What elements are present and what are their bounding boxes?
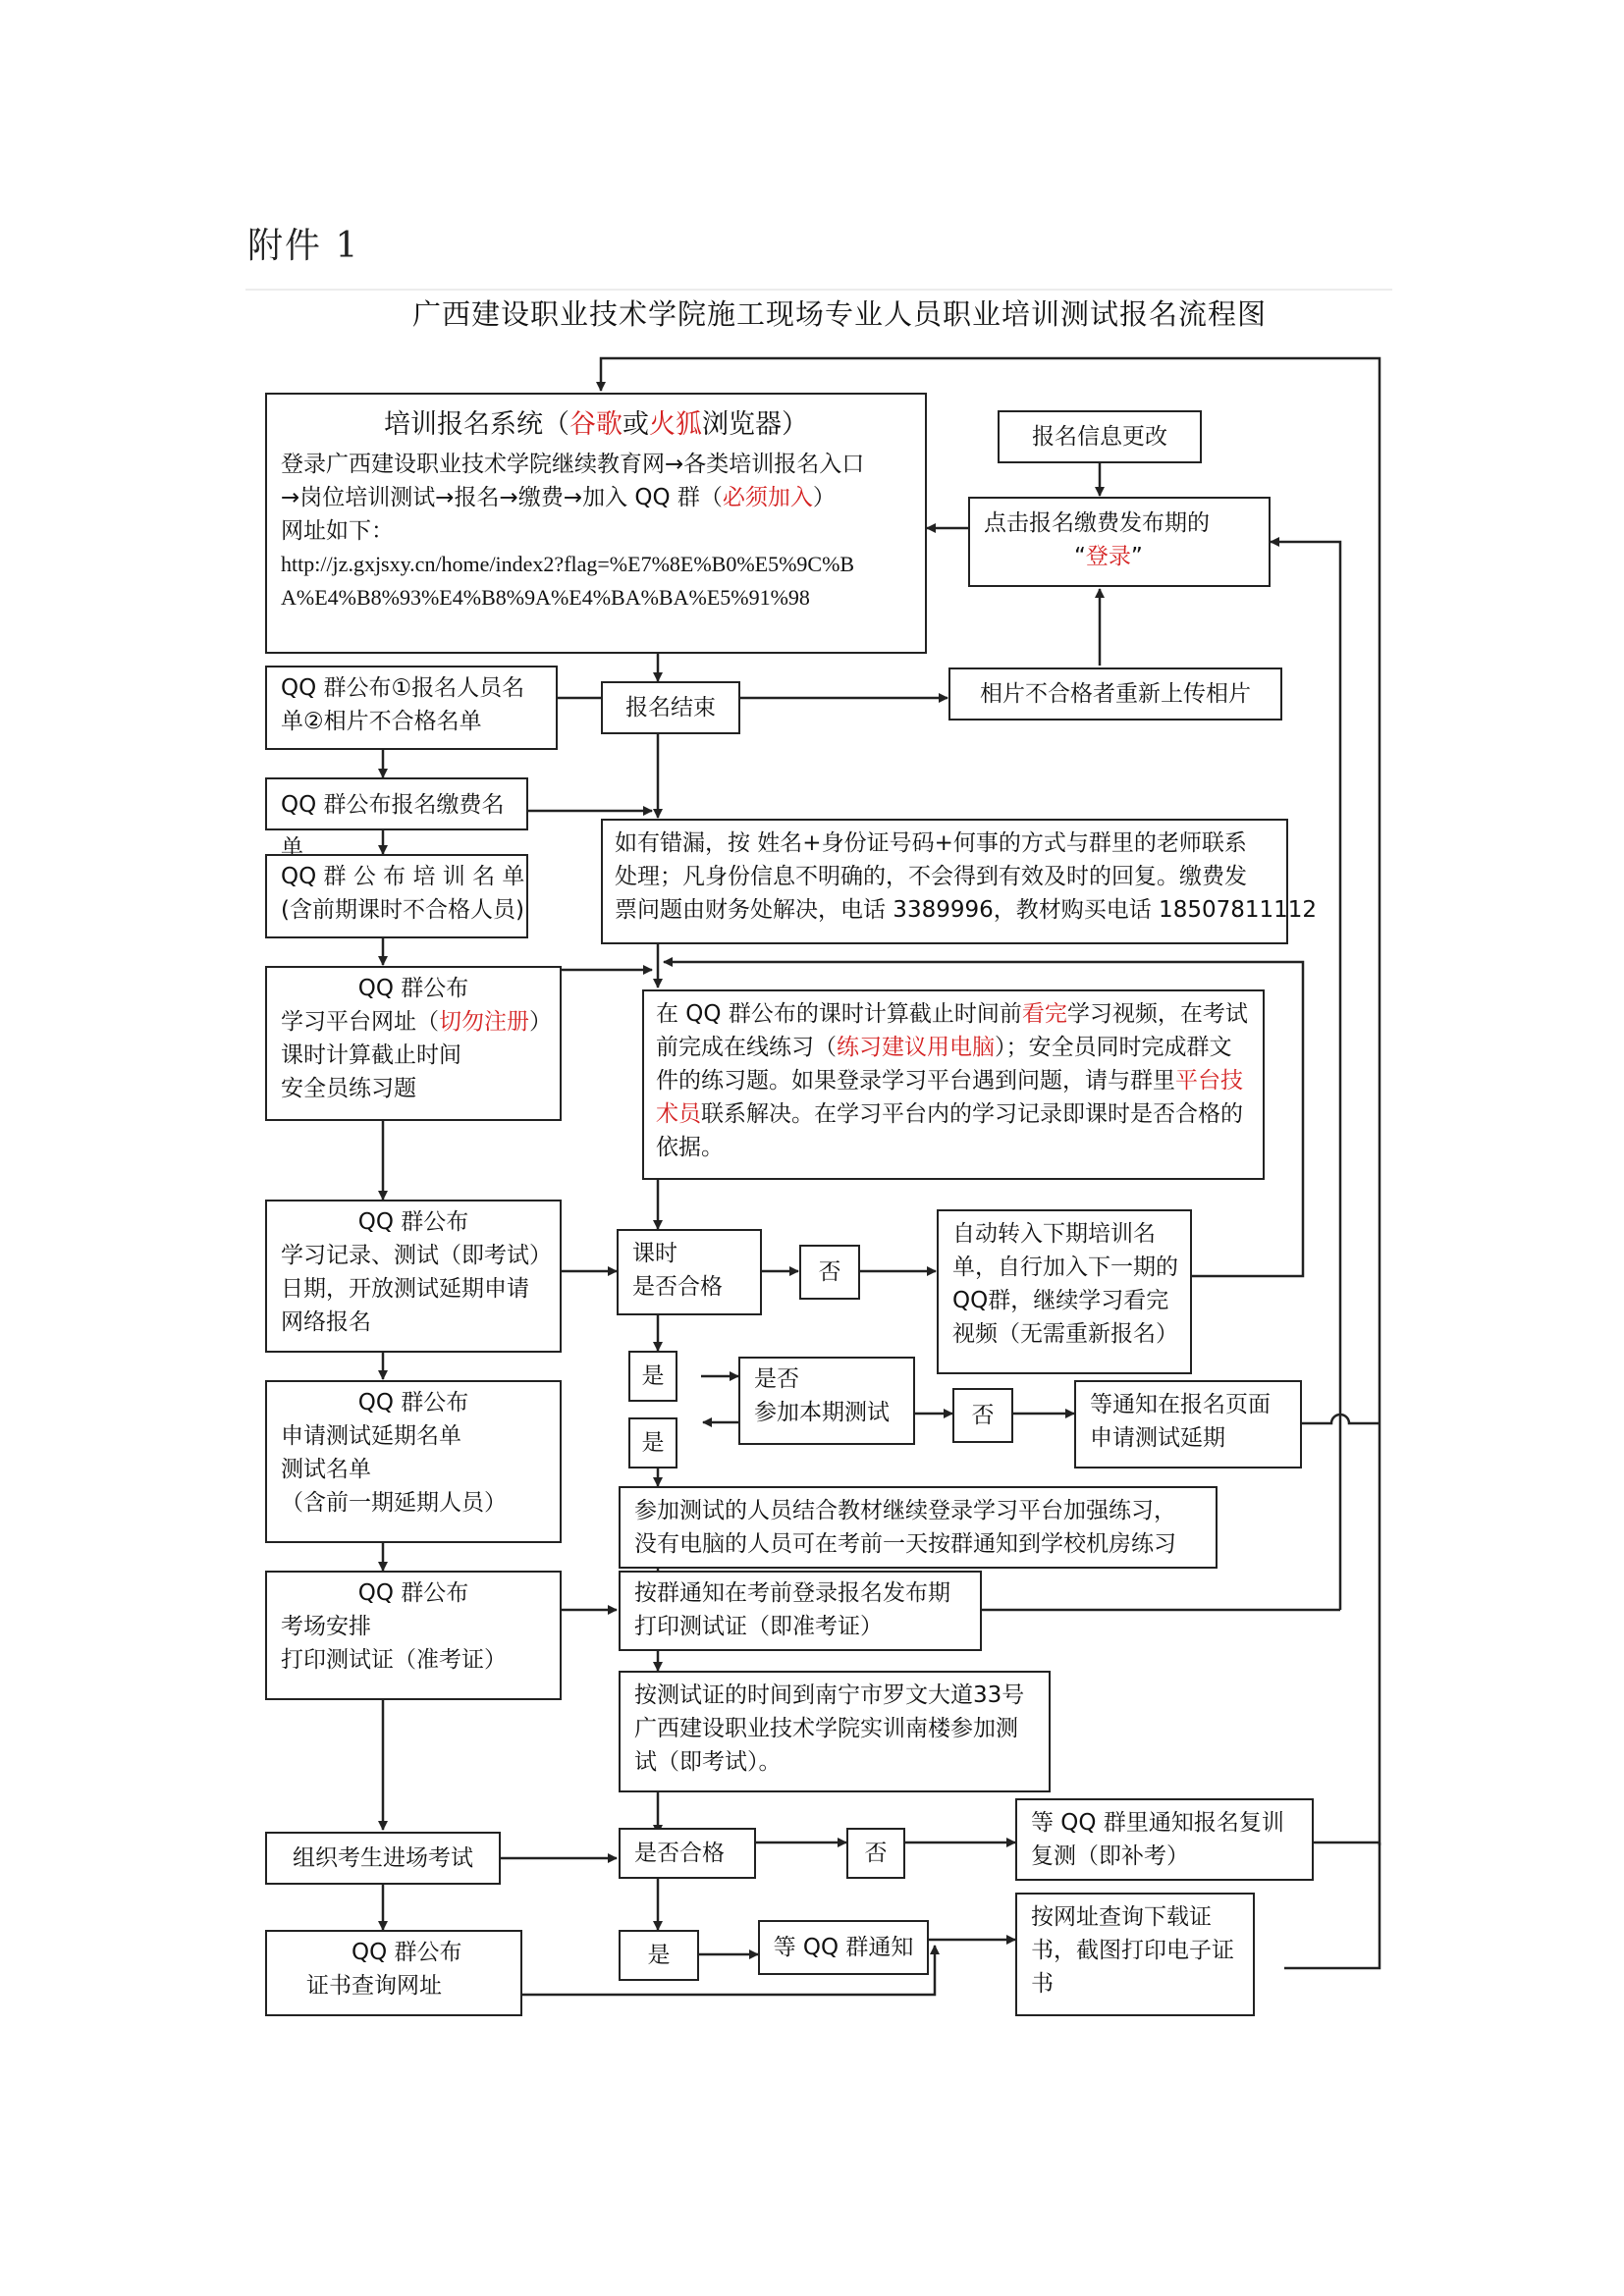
join-test-line2: 参加本期测试	[754, 1396, 899, 1429]
qq-record-box: QQ 群公布 学习记录、测试（即考试） 日期，开放测试延期申请 网络报名	[265, 1200, 562, 1353]
qq-exam-room-box: QQ 群公布 考场安排 打印测试证（准考证）	[265, 1571, 562, 1700]
qq-fee-list-label: QQ 群公布报名缴费名单	[281, 792, 505, 861]
record-line2: 学习记录、测试（即考试）	[281, 1239, 546, 1272]
platform-deadline: 课时计算截止时间	[281, 1039, 546, 1072]
practice-line2: 没有电脑的人员可在考前一天按群通知到学校机房练习	[634, 1527, 1202, 1561]
hours-pass-decision: 课时 是否合格	[617, 1229, 762, 1315]
click-login-text: 点击报名缴费发布期的	[984, 507, 1255, 540]
l3-highlight: 平台技	[1175, 1068, 1243, 1094]
study-note-line3: 件的练习题。如果登录学习平台遇到问题，请与群里平台技	[656, 1064, 1251, 1097]
l1-text: 在 QQ 群公布的课时计算截止时间前	[656, 1001, 1022, 1027]
exam-pass-label: 是否合格	[634, 1837, 725, 1870]
organize-exam-box: 组织考生进场考试	[265, 1832, 501, 1885]
exam-room-line3: 打印测试证（准考证）	[281, 1643, 546, 1677]
heading-suffix: 浏览器）	[702, 409, 808, 440]
record-line3: 日期，开放测试延期申请	[281, 1272, 546, 1306]
platform-url-suffix: ）	[529, 1009, 552, 1035]
page-title: 广西建设职业技术学院施工现场专业人员职业培训测试报名流程图	[412, 293, 1267, 333]
exam-room-line2: 考场安排	[281, 1610, 546, 1643]
registration-url-part1[interactable]: http://jz.gxjsxy.cn/home/index2?flag=%E7…	[281, 548, 911, 581]
wait-qq-box: 等 QQ 群通知	[758, 1920, 929, 1975]
download-cert-line1: 按网址查询下载证	[1031, 1900, 1239, 1934]
system-step-line1: 登录广西建设职业技术学院继续教育网→各类培训报名入口	[281, 448, 911, 481]
heading-or: 或	[623, 409, 649, 440]
login-keyword: 登录	[1086, 544, 1131, 569]
practice-line1: 参加测试的人员结合教材继续登录学习平台加强练习，	[634, 1494, 1202, 1527]
platform-safety-exercises: 安全员练习题	[281, 1072, 546, 1105]
registration-end-label: 报名结束	[625, 691, 716, 724]
cert-heading: QQ 群公布	[281, 1936, 507, 1969]
study-note-line5: 依据。	[656, 1131, 1251, 1164]
qq-delay-list-box: QQ 群公布 申请测试延期名单 测试名单 （含前一期延期人员）	[265, 1380, 562, 1543]
qq-training-list-box: QQ 群 公 布 培 训 名 单 (含前期课时不合格人员)	[265, 854, 528, 938]
delay-list-heading: QQ 群公布	[281, 1386, 546, 1419]
training-list-line1: QQ 群 公 布 培 训 名 单	[281, 860, 513, 893]
annex-label: 附件 1	[247, 218, 359, 268]
auto-next-line2: 单，自行加入下一期的	[952, 1251, 1176, 1284]
study-note-line2: 前完成在线练习（练习建议用电脑）；安全员同时完成群文	[656, 1031, 1251, 1064]
practice-box: 参加测试的人员结合教材继续登录学习平台加强练习， 没有电脑的人员可在考前一天按群…	[619, 1486, 1218, 1569]
l4-highlight: 术员	[656, 1101, 701, 1127]
no-branch-2: 否	[952, 1388, 1013, 1443]
yes-label: 是	[642, 1426, 665, 1460]
registration-system-box: 培训报名系统（谷歌或火狐浏览器） 登录广西建设职业技术学院继续教育网→各类培训报…	[265, 393, 927, 654]
registration-end-box: 报名结束	[601, 681, 740, 734]
yes-label: 是	[648, 1939, 671, 1972]
no-branch-3: 否	[846, 1828, 905, 1879]
go-exam-line3: 试（即考试）。	[634, 1745, 1035, 1779]
wait-delay-line2: 申请测试延期	[1090, 1421, 1286, 1455]
l3-text: 件的练习题。如果登录学习平台遇到问题，请与群里	[656, 1068, 1175, 1094]
error-contact-box: 如有错漏，按 姓名+身份证号码+何事的方式与群里的老师联系 处理；凡身份信息不明…	[601, 819, 1288, 944]
exam-room-heading: QQ 群公布	[281, 1576, 546, 1610]
hours-label: 课时	[632, 1237, 746, 1270]
print-ticket-box: 按群通知在考前登录报名发布期 打印测试证（即准考证）	[619, 1571, 982, 1651]
delay-list-line2: 申请测试延期名单	[281, 1419, 546, 1453]
registration-url-part2[interactable]: A%E4%B8%93%E4%B8%9A%E4%BA%BA%E5%91%98	[281, 581, 911, 614]
qq-list-line1: QQ 群公布①报名人员名	[281, 671, 542, 705]
study-note-box: 在 QQ 群公布的课时计算截止时间前看完学习视频，在考试 前完成在线练习（练习建…	[642, 989, 1265, 1180]
photo-reupload-box: 相片不合格者重新上传相片	[948, 667, 1282, 721]
training-list-line2: (含前期课时不合格人员)	[281, 893, 513, 927]
download-cert-line2: 书，截图打印电子证	[1031, 1934, 1239, 1967]
info-change-label: 报名信息更改	[1032, 420, 1167, 454]
yes-label: 是	[642, 1360, 665, 1393]
retrain-line2: 复测（即补考）	[1031, 1840, 1298, 1873]
join-test-line1: 是否	[754, 1362, 899, 1396]
qq-cert-box: QQ 群公布 证书查询网址	[265, 1930, 522, 2016]
no-branch-1: 否	[799, 1245, 860, 1300]
no-label: 否	[972, 1399, 995, 1432]
system-step-line2: →岗位培训测试→报名→缴费→加入 QQ 群（必须加入）	[281, 481, 911, 514]
join-test-decision: 是否 参加本期测试	[738, 1357, 915, 1445]
qq-list-line2: 单②相片不合格名单	[281, 705, 542, 738]
l2-highlight: 练习建议用电脑	[837, 1035, 995, 1060]
error-contact-line1: 如有错漏，按 姓名+身份证号码+何事的方式与群里的老师联系	[615, 827, 1274, 860]
platform-url-text: 学习平台网址（	[281, 1009, 439, 1035]
auto-next-line1: 自动转入下期培训名	[952, 1217, 1176, 1251]
browser-firefox: 火狐	[649, 409, 702, 440]
click-login-box: 点击报名缴费发布期的 “登录”	[968, 497, 1271, 587]
pass-question: 是否合格	[632, 1270, 746, 1304]
error-contact-line2: 处理；凡身份信息不明确的，不会得到有效及时的回复。缴费发	[615, 860, 1274, 893]
yes-branch-3: 是	[619, 1930, 699, 1981]
auto-next-period-box: 自动转入下期培训名 单，自行加入下一期的 QQ群，继续学习看完 视频（无需重新报…	[937, 1209, 1192, 1374]
no-label: 否	[819, 1255, 841, 1289]
quote-open: “	[1074, 544, 1086, 569]
yes-branch-1: 是	[628, 1351, 677, 1402]
auto-next-line4: 视频（无需重新报名）	[952, 1317, 1176, 1351]
download-cert-box: 按网址查询下载证 书，截图打印电子证 书	[1015, 1893, 1255, 2016]
delay-list-line4: （含前一期延期人员）	[281, 1486, 546, 1520]
study-note-line4: 术员联系解决。在学习平台内的学习记录即课时是否合格的	[656, 1097, 1251, 1131]
study-note-line1: 在 QQ 群公布的课时计算截止时间前看完学习视频，在考试	[656, 997, 1251, 1031]
print-ticket-line1: 按群通知在考前登录报名发布期	[634, 1576, 966, 1610]
info-change-box: 报名信息更改	[998, 410, 1202, 463]
cert-query-url: 证书查询网址	[281, 1969, 507, 2002]
go-exam-box: 按测试证的时间到南宁市罗文大道33号 广西建设职业技术学院实训南楼参加测 试（即…	[619, 1671, 1051, 1792]
yes-branch-2: 是	[628, 1417, 677, 1468]
go-exam-line2: 广西建设职业技术学院实训南楼参加测	[634, 1712, 1035, 1745]
photo-reupload-label: 相片不合格者重新上传相片	[980, 677, 1251, 711]
wait-delay-line1: 等通知在报名页面	[1090, 1388, 1286, 1421]
l1-highlight: 看完	[1022, 1001, 1067, 1027]
system-heading: 培训报名系统（	[384, 409, 569, 440]
download-cert-line3: 书	[1031, 1967, 1239, 2001]
quote-close: ”	[1131, 544, 1143, 569]
do-not-register-note: 切勿注册	[439, 1009, 529, 1035]
line2-suffix: ）	[813, 485, 836, 510]
header-divider	[245, 289, 1392, 291]
browser-chrome: 谷歌	[569, 409, 623, 440]
wait-delay-box: 等通知在报名页面 申请测试延期	[1074, 1380, 1302, 1468]
retrain-box: 等 QQ 群里通知报名复训 复测（即补考）	[1015, 1798, 1314, 1881]
qq-platform-box: QQ 群公布 学习平台网址（切勿注册） 课时计算截止时间 安全员练习题	[265, 966, 562, 1121]
url-label: 网址如下：	[281, 514, 911, 548]
delay-list-line3: 测试名单	[281, 1453, 546, 1486]
must-join-note: 必须加入	[723, 485, 813, 510]
l1-suffix: 学习视频，在考试	[1067, 1001, 1248, 1027]
exam-pass-decision: 是否合格	[619, 1828, 756, 1879]
l4-text: 联系解决。在学习平台内的学习记录即课时是否合格的	[701, 1101, 1243, 1127]
l2-text: 前完成在线练习（	[656, 1035, 837, 1060]
organize-exam-label: 组织考生进场考试	[293, 1842, 473, 1875]
no-label: 否	[865, 1837, 888, 1870]
record-heading: QQ 群公布	[281, 1205, 546, 1239]
go-exam-line1: 按测试证的时间到南宁市罗文大道33号	[634, 1679, 1035, 1712]
record-line4: 网络报名	[281, 1306, 546, 1339]
l2-suffix: ）；安全员同时完成群文	[995, 1035, 1232, 1060]
auto-next-line3: QQ群，继续学习看完	[952, 1284, 1176, 1317]
platform-url-line: 学习平台网址（切勿注册）	[281, 1005, 546, 1039]
print-ticket-line2: 打印测试证（即准考证）	[634, 1610, 966, 1643]
qq-list-box: QQ 群公布①报名人员名 单②相片不合格名单	[265, 666, 558, 750]
platform-heading: QQ 群公布	[281, 972, 546, 1005]
error-contact-line3: 票问题由财务处解决，电话 3389996，教材购买电话 18507811112	[615, 893, 1274, 927]
line2-text: →岗位培训测试→报名→缴费→加入 QQ 群（	[281, 485, 723, 510]
qq-fee-list-box: QQ 群公布报名缴费名单	[265, 777, 528, 830]
retrain-line1: 等 QQ 群里通知报名复训	[1031, 1806, 1298, 1840]
login-quote: “登录”	[984, 540, 1255, 573]
wait-qq-label: 等 QQ 群通知	[774, 1931, 914, 1964]
